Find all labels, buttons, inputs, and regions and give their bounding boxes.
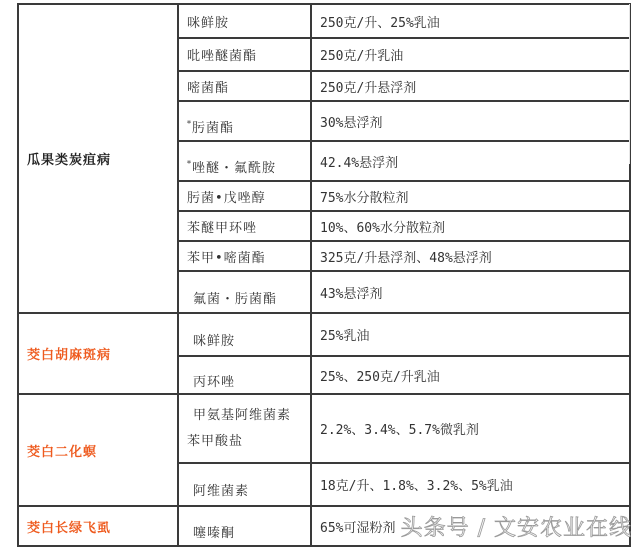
formulation-cell: 30%悬浮剂 [311,101,630,141]
agent-cell: 苯甲•嘧菌酯 [178,241,311,271]
agent-label: 阿维菌素 [193,470,249,499]
formulation-cell: 25%、250克/升乳油 [311,356,630,394]
agent-label: 氟菌・肟菌酯 [193,278,277,307]
agent-cell: 吡唑醚菌酯 [178,38,311,71]
formulation-cell: 43%悬浮剂 [311,271,630,313]
agent-label: 咪鲜胺 [193,320,235,349]
agent-cell: 苯醚甲环唑 [178,211,311,241]
agent-label: 唑醚・氟酰胺 [192,161,276,176]
agent-cell: 嘧菌酯 [178,71,311,101]
pesticide-table: 瓜果类炭疽病 咪鲜胺 250克/升、25%乳油 吡唑醚菌酯 250克/升乳油 嘧… [17,3,631,547]
agent-cell: 阿维菌素 [178,463,311,506]
watermark: 头条号 / 文安农业在线 [401,511,632,542]
agent-cell: 丙环唑 [178,356,311,394]
formulation-cell: 2.2%、3.4%、5.7%微乳剂 [311,394,630,463]
disease-cell: 茭白长绿飞虱 [18,506,178,546]
agent-line-2: 苯甲酸盐 [187,429,310,455]
agent-cell: 甲氨基阿维菌素 苯甲酸盐 [178,394,311,463]
table-row: 瓜果类炭疽病 咪鲜胺 250克/升、25%乳油 [18,4,630,38]
table-row: 茭白胡麻斑病 咪鲜胺 25%乳油 [18,313,630,356]
agent-cell: *唑醚・氟酰胺 [178,141,311,181]
formulation-cell: 42.4%悬浮剂 [311,141,630,181]
formulation-cell: 25%乳油 [311,313,630,356]
agent-cell: 咪鲜胺 [178,4,311,38]
agent-cell: 噻嗪酮 [178,506,311,546]
disease-cell: 茭白二化螟 [18,394,178,506]
table-row: 茭白二化螟 甲氨基阿维菌素 苯甲酸盐 2.2%、3.4%、5.7%微乳剂 [18,394,630,463]
page-edge-shadow [629,4,632,164]
agent-label: 肟菌酯 [192,121,234,136]
formulation-cell: 18克/升、1.8%、3.2%、5%乳油 [311,463,630,506]
agent-cell: 氟菌・肟菌酯 [178,271,311,313]
formulation-cell: 250克/升悬浮剂 [311,71,630,101]
agent-label: 噻嗪酮 [193,512,235,541]
agent-cell: 咪鲜胺 [178,313,311,356]
disease-cell: 茭白胡麻斑病 [18,313,178,394]
formulation-cell: 75%水分散粒剂 [311,181,630,211]
agent-line-1: 甲氨基阿维菌素 [187,403,310,429]
formulation-cell: 250克/升乳油 [311,38,630,71]
agent-label: 丙环唑 [193,361,235,390]
disease-cell: 瓜果类炭疽病 [18,4,178,313]
document-page: 瓜果类炭疽病 咪鲜胺 250克/升、25%乳油 吡唑醚菌酯 250克/升乳油 嘧… [0,0,640,548]
agent-cell: 肟菌•戊唑醇 [178,181,311,211]
formulation-cell: 325克/升悬浮剂、48%悬浮剂 [311,241,630,271]
formulation-cell: 10%、60%水分散粒剂 [311,211,630,241]
formulation-cell: 250克/升、25%乳油 [311,4,630,38]
agent-cell: *肟菌酯 [178,101,311,141]
